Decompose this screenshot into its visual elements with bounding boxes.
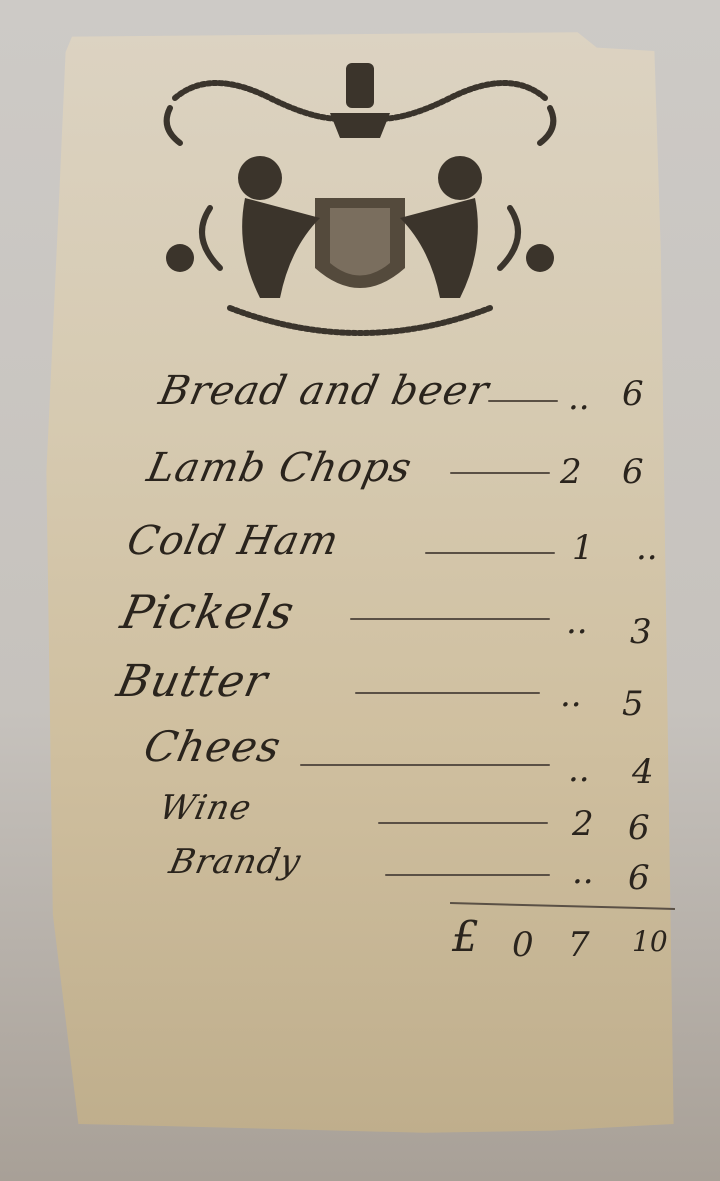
item-pence: 4 <box>632 752 654 792</box>
total-pence: 10 <box>632 925 668 958</box>
item-shillings: 2 <box>572 804 594 844</box>
item-pence: 5 <box>622 684 644 724</box>
leader-line <box>350 618 550 620</box>
leader-line <box>378 822 548 824</box>
pound-symbol: £ <box>452 912 479 961</box>
leader-line <box>450 472 550 474</box>
item-pence: 6 <box>622 374 644 414</box>
item-shillings: .. <box>568 378 590 418</box>
item-name: Brandy <box>166 842 305 882</box>
item-shillings: .. <box>560 675 582 715</box>
leader-line <box>300 764 550 766</box>
item-name: Lamb Chops <box>143 445 416 491</box>
item-pence: 6 <box>622 452 644 492</box>
item-name: Pickels <box>116 585 299 639</box>
total-shillings: 7 <box>568 925 590 965</box>
item-name: Bread and beer <box>155 368 493 414</box>
leader-line <box>355 692 540 694</box>
total-pounds: 0 <box>512 925 534 965</box>
item-pence: 6 <box>628 858 650 898</box>
list-item: Brandy .. 6 <box>0 0 720 60</box>
item-name: Butter <box>113 656 273 707</box>
item-shillings: .. <box>568 750 590 790</box>
item-shillings: 1 <box>572 528 594 568</box>
leader-line <box>425 552 555 554</box>
item-pence: 3 <box>630 612 652 652</box>
item-name: Wine <box>156 788 256 828</box>
item-name: Chees <box>140 722 286 771</box>
item-shillings: 2 <box>560 452 582 492</box>
leader-line <box>385 874 550 876</box>
item-pence: 6 <box>628 808 650 848</box>
coat-of-arms-emblem <box>150 58 570 348</box>
item-shillings: .. <box>572 852 594 892</box>
item-pence: .. <box>636 528 658 568</box>
item-name: Cold Ham <box>123 518 343 564</box>
leader-line <box>488 400 558 402</box>
item-shillings: .. <box>566 602 588 642</box>
